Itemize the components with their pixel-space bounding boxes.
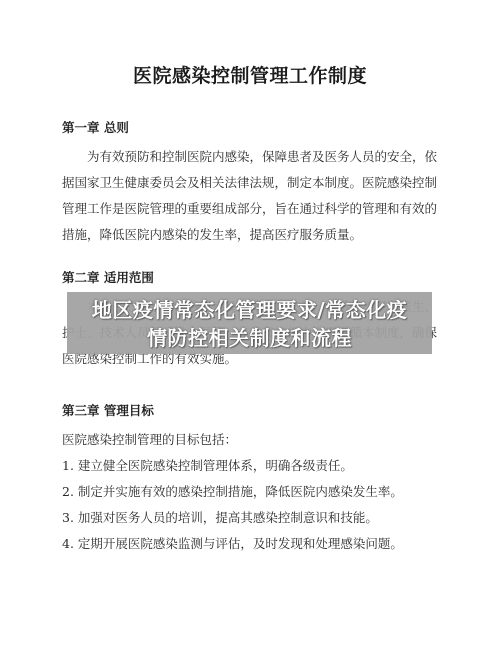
list-item: 3. 加强对医务人员的培训，提高其感染控制意识和技能。: [62, 505, 437, 531]
section-heading: 第一章 总则: [62, 118, 437, 138]
section-paragraph: 为有效预防和控制医院内感染，保障患者及医务人员的安全，依据国家卫生健康委员会及相…: [62, 144, 437, 248]
section-intro: 医院感染控制管理的目标包括：: [62, 427, 437, 453]
list-item: 4. 定期开展医院感染监测与评估，及时发现和处理感染问题。: [62, 531, 437, 557]
section-heading: 第三章 管理目标: [62, 401, 437, 421]
list-item: 2. 制定并实施有效的感染控制措施，降低医院内感染发生率。: [62, 479, 437, 505]
banner-line-2: 情防控相关制度和流程: [67, 322, 432, 351]
section-management-goals: 第三章 管理目标 医院感染控制管理的目标包括： 1. 建立健全医院感染控制管理体…: [62, 401, 437, 557]
overlay-title-banner: 地区疫情常态化管理要求/常态化疫 情防控相关制度和流程: [67, 292, 432, 354]
goals-list: 1. 建立健全医院感染控制管理体系，明确各级责任。 2. 制定并实施有效的感染控…: [62, 453, 437, 557]
section-heading: 第二章 适用范围: [62, 268, 437, 288]
list-item: 1. 建立健全医院感染控制管理体系，明确各级责任。: [62, 453, 437, 479]
document-page: 医院感染控制管理工作制度 第一章 总则 为有效预防和控制医院内感染，保障患者及医…: [0, 0, 500, 647]
banner-line-1: 地区疫情常态化管理要求/常态化疫: [67, 294, 432, 323]
document-title: 医院感染控制管理工作制度: [0, 61, 500, 88]
section-general-provisions: 第一章 总则 为有效预防和控制医院内感染，保障患者及医务人员的安全，依据国家卫生…: [62, 118, 437, 248]
